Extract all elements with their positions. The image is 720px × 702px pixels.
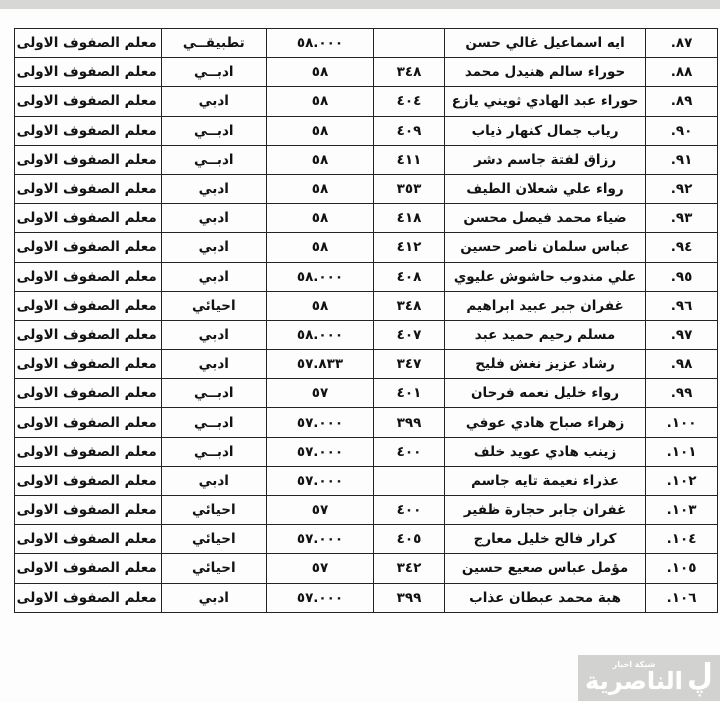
name-cell: زهراء صباح هادي عوفي [444, 408, 645, 437]
job-title-cell: معلم الصفوف الاولى [15, 496, 162, 525]
name-cell: حوراء سالم هنيدل محمد [444, 58, 645, 87]
code-number-cell: ٤١٢ [374, 233, 445, 262]
code-number-cell: ٤٠٨ [374, 262, 445, 291]
row-number-cell: ١٠٢. [646, 466, 718, 495]
table-row: ٨٩.حوراء عبد الهادي ثويني يازع٤٠٤٥٨ادبيم… [15, 87, 718, 116]
results-table: ٨٧.ايه اسماعيل غالي حسن٥٨.٠٠٠تطبيقــيمعل… [14, 28, 718, 613]
code-number-cell: ٤٠٥ [374, 525, 445, 554]
score-cell: ٥٨ [266, 58, 373, 87]
row-number-cell: ٩٢. [646, 174, 718, 203]
name-cell: هبة محمد عبطان عذاب [444, 583, 645, 612]
name-cell: حوراء عبد الهادي ثويني يازع [444, 87, 645, 116]
job-title-cell: معلم الصفوف الاولى [15, 437, 162, 466]
code-number-cell: ٣٤٨ [374, 58, 445, 87]
row-number-cell: ٩٦. [646, 291, 718, 320]
code-number-cell: ٤٠٠ [374, 496, 445, 525]
nasiriyah-logo-text: شبكة اخبار الناصرية [585, 661, 683, 694]
results-sheet: ٨٧.ايه اسماعيل غالي حسن٥٨.٠٠٠تطبيقــيمعل… [14, 28, 718, 613]
code-number-cell: ٤١١ [374, 145, 445, 174]
job-title-cell: معلم الصفوف الاولى [15, 379, 162, 408]
code-number-cell: ٤٠١ [374, 379, 445, 408]
table-row: ١٠١.زينب هادي عويد خلف٤٠٠٥٧.٠٠٠ادبــيمعل… [15, 437, 718, 466]
branch-cell: ادبــي [161, 379, 266, 408]
branch-cell: احيائي [161, 525, 266, 554]
code-number-cell: ٣٤٨ [374, 291, 445, 320]
score-cell: ٥٧.٠٠٠ [266, 408, 373, 437]
branch-cell: تطبيقــي [161, 29, 266, 58]
score-cell: ٥٨.٠٠٠ [266, 320, 373, 349]
table-row: ١٠٣.غفران جابر حجارة ظفير٤٠٠٥٧احيائيمعلم… [15, 496, 718, 525]
branch-cell: ادبي [161, 320, 266, 349]
results-table-body: ٨٧.ايه اسماعيل غالي حسن٥٨.٠٠٠تطبيقــيمعل… [15, 29, 718, 613]
table-row: ٩٣.ضياء محمد فيصل محسن٤١٨٥٨ادبيمعلم الصف… [15, 204, 718, 233]
name-cell: رياب جمال كنهار ذياب [444, 116, 645, 145]
code-number-cell: ٣٩٩ [374, 408, 445, 437]
branch-cell: ادبــي [161, 437, 266, 466]
row-number-cell: ٨٩. [646, 87, 718, 116]
job-title-cell: معلم الصفوف الاولى [15, 320, 162, 349]
branch-cell: ادبي [161, 87, 266, 116]
branch-cell: ادبي [161, 233, 266, 262]
score-cell: ٥٨ [266, 204, 373, 233]
code-number-cell: ٤٠٩ [374, 116, 445, 145]
branch-cell: احيائي [161, 496, 266, 525]
score-cell: ٥٨ [266, 87, 373, 116]
name-cell: رواء علي شعلان الطيف [444, 174, 645, 203]
job-title-cell: معلم الصفوف الاولى [15, 58, 162, 87]
name-cell: عذراء نعيمة تايه جاسم [444, 466, 645, 495]
code-number-cell [374, 29, 445, 58]
job-title-cell: معلم الصفوف الاولى [15, 145, 162, 174]
job-title-cell: معلم الصفوف الاولى [15, 291, 162, 320]
row-number-cell: ٩٨. [646, 350, 718, 379]
job-title-cell: معلم الصفوف الاولى [15, 583, 162, 612]
row-number-cell: ٩٩. [646, 379, 718, 408]
score-cell: ٥٧.٠٠٠ [266, 437, 373, 466]
job-title-cell: معلم الصفوف الاولى [15, 174, 162, 203]
branch-cell: ادبي [161, 174, 266, 203]
row-number-cell: ٩١. [646, 145, 718, 174]
name-cell: ايه اسماعيل غالي حسن [444, 29, 645, 58]
row-number-cell: ١٠٤. [646, 525, 718, 554]
score-cell: ٥٨.٠٠٠ [266, 262, 373, 291]
code-number-cell: ٤١٨ [374, 204, 445, 233]
job-title-cell: معلم الصفوف الاولى [15, 116, 162, 145]
row-number-cell: ٨٧. [646, 29, 718, 58]
name-cell: غفران جابر حجارة ظفير [444, 496, 645, 525]
name-cell: كرار فالح خليل معارج [444, 525, 645, 554]
table-row: ٩٦.غفران جبر عبيد ابراهيم٣٤٨٥٨احيائيمعلم… [15, 291, 718, 320]
table-row: ٩٥.علي مندوب حاشوش عليوي٤٠٨٥٨.٠٠٠ادبيمعل… [15, 262, 718, 291]
score-cell: ٥٧.٠٠٠ [266, 583, 373, 612]
score-cell: ٥٨ [266, 116, 373, 145]
branch-cell: احيائي [161, 554, 266, 583]
score-cell: ٥٧.٨٣٣ [266, 350, 373, 379]
table-row: ٩٩.رواء خليل نعمه فرحان٤٠١٥٧ادبــيمعلم ا… [15, 379, 718, 408]
row-number-cell: ١٠٦. [646, 583, 718, 612]
code-number-cell: ٣٥٣ [374, 174, 445, 203]
score-cell: ٥٧.٠٠٠ [266, 466, 373, 495]
score-cell: ٥٧ [266, 379, 373, 408]
name-cell: مؤمل عباس صعيع حسين [444, 554, 645, 583]
name-cell: رزاق لفتة جاسم دشر [444, 145, 645, 174]
score-cell: ٥٨ [266, 233, 373, 262]
branch-cell: ادبي [161, 466, 266, 495]
branch-cell: احيائي [161, 291, 266, 320]
table-row: ٩٠.رياب جمال كنهار ذياب٤٠٩٥٨ادبــيمعلم ا… [15, 116, 718, 145]
code-number-cell: ٤٠٤ [374, 87, 445, 116]
branch-cell: ادبي [161, 262, 266, 291]
score-cell: ٥٧ [266, 496, 373, 525]
code-number-cell [374, 466, 445, 495]
score-cell: ٥٨ [266, 174, 373, 203]
nasiriyah-logo-emblem-icon: ڸ [687, 661, 713, 691]
score-cell: ٥٨ [266, 145, 373, 174]
code-number-cell: ٣٤٧ [374, 350, 445, 379]
table-row: ١٠٤.كرار فالح خليل معارج٤٠٥٥٧.٠٠٠احيائيم… [15, 525, 718, 554]
job-title-cell: معلم الصفوف الاولى [15, 350, 162, 379]
code-number-cell: ٣٩٩ [374, 583, 445, 612]
row-number-cell: ١٠٣. [646, 496, 718, 525]
row-number-cell: ١٠٥. [646, 554, 718, 583]
row-number-cell: ٨٨. [646, 58, 718, 87]
row-number-cell: ٩٥. [646, 262, 718, 291]
job-title-cell: معلم الصفوف الاولى [15, 466, 162, 495]
job-title-cell: معلم الصفوف الاولى [15, 525, 162, 554]
row-number-cell: ٩٣. [646, 204, 718, 233]
table-row: ٩٢.رواء علي شعلان الطيف٣٥٣٥٨ادبيمعلم الص… [15, 174, 718, 203]
branch-cell: ادبي [161, 204, 266, 233]
score-cell: ٥٧ [266, 554, 373, 583]
row-number-cell: ١٠٠. [646, 408, 718, 437]
branch-cell: ادبــي [161, 145, 266, 174]
branch-cell: ادبــي [161, 58, 266, 87]
table-row: ١٠٦.هبة محمد عبطان عذاب٣٩٩٥٧.٠٠٠ادبيمعلم… [15, 583, 718, 612]
job-title-cell: معلم الصفوف الاولى [15, 262, 162, 291]
job-title-cell: معلم الصفوف الاولى [15, 408, 162, 437]
name-cell: غفران جبر عبيد ابراهيم [444, 291, 645, 320]
table-row: ٩٨.رشاد عزيز نغش فليح٣٤٧٥٧.٨٣٣ادبيمعلم ا… [15, 350, 718, 379]
job-title-cell: معلم الصفوف الاولى [15, 233, 162, 262]
table-row: ٨٨.حوراء سالم هنيدل محمد٣٤٨٥٨ادبــيمعلم … [15, 58, 718, 87]
job-title-cell: معلم الصفوف الاولى [15, 29, 162, 58]
name-cell: عباس سلمان ناصر حسين [444, 233, 645, 262]
table-row: ٨٧.ايه اسماعيل غالي حسن٥٨.٠٠٠تطبيقــيمعل… [15, 29, 718, 58]
nasiriyah-news-watermark: ڸ شبكة اخبار الناصرية [578, 655, 720, 701]
name-cell: ضياء محمد فيصل محسن [444, 204, 645, 233]
table-row: ٩١.رزاق لفتة جاسم دشر٤١١٥٨ادبــيمعلم الص… [15, 145, 718, 174]
code-number-cell: ٤٠٧ [374, 320, 445, 349]
table-row: ٩٧.مسلم رحيم حميد عبد٤٠٧٥٨.٠٠٠ادبيمعلم ا… [15, 320, 718, 349]
branch-cell: ادبي [161, 583, 266, 612]
job-title-cell: معلم الصفوف الاولى [15, 204, 162, 233]
table-row: ١٠٥.مؤمل عباس صعيع حسين٣٤٢٥٧احيائيمعلم ا… [15, 554, 718, 583]
branch-cell: ادبــي [161, 116, 266, 145]
row-number-cell: ٩٠. [646, 116, 718, 145]
job-title-cell: معلم الصفوف الاولى [15, 554, 162, 583]
job-title-cell: معلم الصفوف الاولى [15, 87, 162, 116]
table-row: ١٠٠.زهراء صباح هادي عوفي٣٩٩٥٧.٠٠٠ادبــيم… [15, 408, 718, 437]
score-cell: ٥٧.٠٠٠ [266, 525, 373, 554]
table-row: ١٠٢.عذراء نعيمة تايه جاسم٥٧.٠٠٠ادبيمعلم … [15, 466, 718, 495]
name-cell: زينب هادي عويد خلف [444, 437, 645, 466]
score-cell: ٥٨ [266, 291, 373, 320]
branch-cell: ادبي [161, 350, 266, 379]
row-number-cell: ٩٧. [646, 320, 718, 349]
name-cell: رشاد عزيز نغش فليح [444, 350, 645, 379]
watermark-main-text: الناصرية [585, 669, 683, 694]
photo-top-strip [0, 0, 720, 9]
score-cell: ٥٨.٠٠٠ [266, 29, 373, 58]
code-number-cell: ٤٠٠ [374, 437, 445, 466]
row-number-cell: ١٠١. [646, 437, 718, 466]
branch-cell: ادبــي [161, 408, 266, 437]
row-number-cell: ٩٤. [646, 233, 718, 262]
name-cell: علي مندوب حاشوش عليوي [444, 262, 645, 291]
code-number-cell: ٣٤٢ [374, 554, 445, 583]
name-cell: رواء خليل نعمه فرحان [444, 379, 645, 408]
name-cell: مسلم رحيم حميد عبد [444, 320, 645, 349]
table-row: ٩٤.عباس سلمان ناصر حسين٤١٢٥٨ادبيمعلم الص… [15, 233, 718, 262]
